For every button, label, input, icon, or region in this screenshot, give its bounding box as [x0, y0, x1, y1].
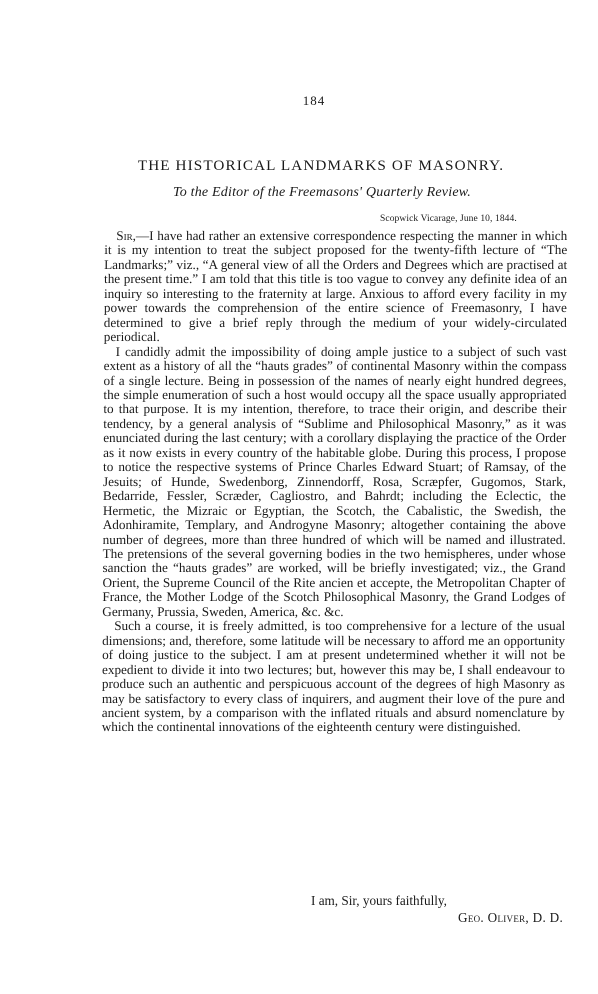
- paragraph-1: Sir,—I have had rather an extensive corr…: [104, 229, 568, 345]
- closing-line: I am, Sir, yours faithfully,: [311, 893, 447, 909]
- letter-body: Sir,—I have had rather an extensive corr…: [102, 229, 568, 735]
- paragraph-1-text: —I have had rather an extensive correspo…: [104, 228, 568, 344]
- paragraph-3: Such a course, it is freely admitted, is…: [102, 619, 566, 735]
- article-title: THE HISTORICAL LANDMARKS OF MASONRY.: [0, 157, 598, 175]
- dateline: Scopwick Vicarage, June 10, 1844.: [380, 214, 517, 224]
- signature: Geo. Oliver, D. D.: [458, 910, 563, 926]
- page-number: 184: [0, 93, 598, 109]
- salutation: Sir,: [116, 228, 136, 243]
- paragraph-2: I candidly admit the impossibility of do…: [102, 345, 566, 620]
- article-subtitle: To the Editor of the Freemasons' Quarter…: [0, 185, 598, 201]
